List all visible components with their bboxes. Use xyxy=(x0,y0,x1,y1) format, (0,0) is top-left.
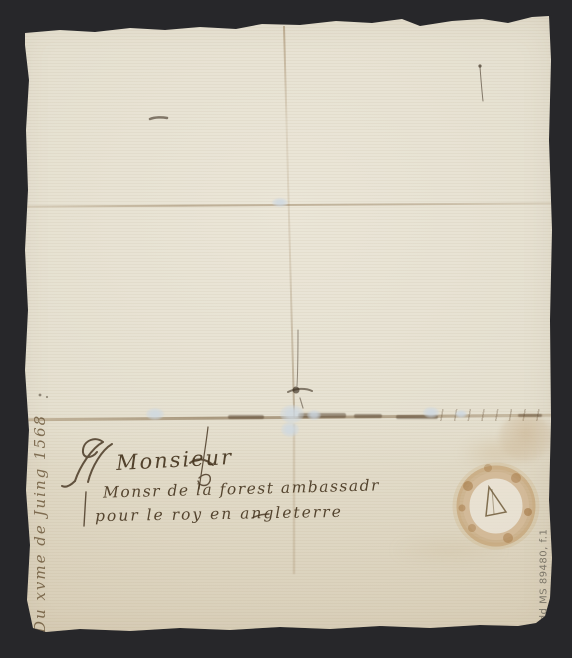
paper-edge-vignette xyxy=(0,0,572,658)
manuscript-paper: Monsieur Monsr de la forest ambassadr po… xyxy=(0,0,572,658)
photo-background: Monsieur Monsr de la forest ambassadr po… xyxy=(0,0,572,658)
